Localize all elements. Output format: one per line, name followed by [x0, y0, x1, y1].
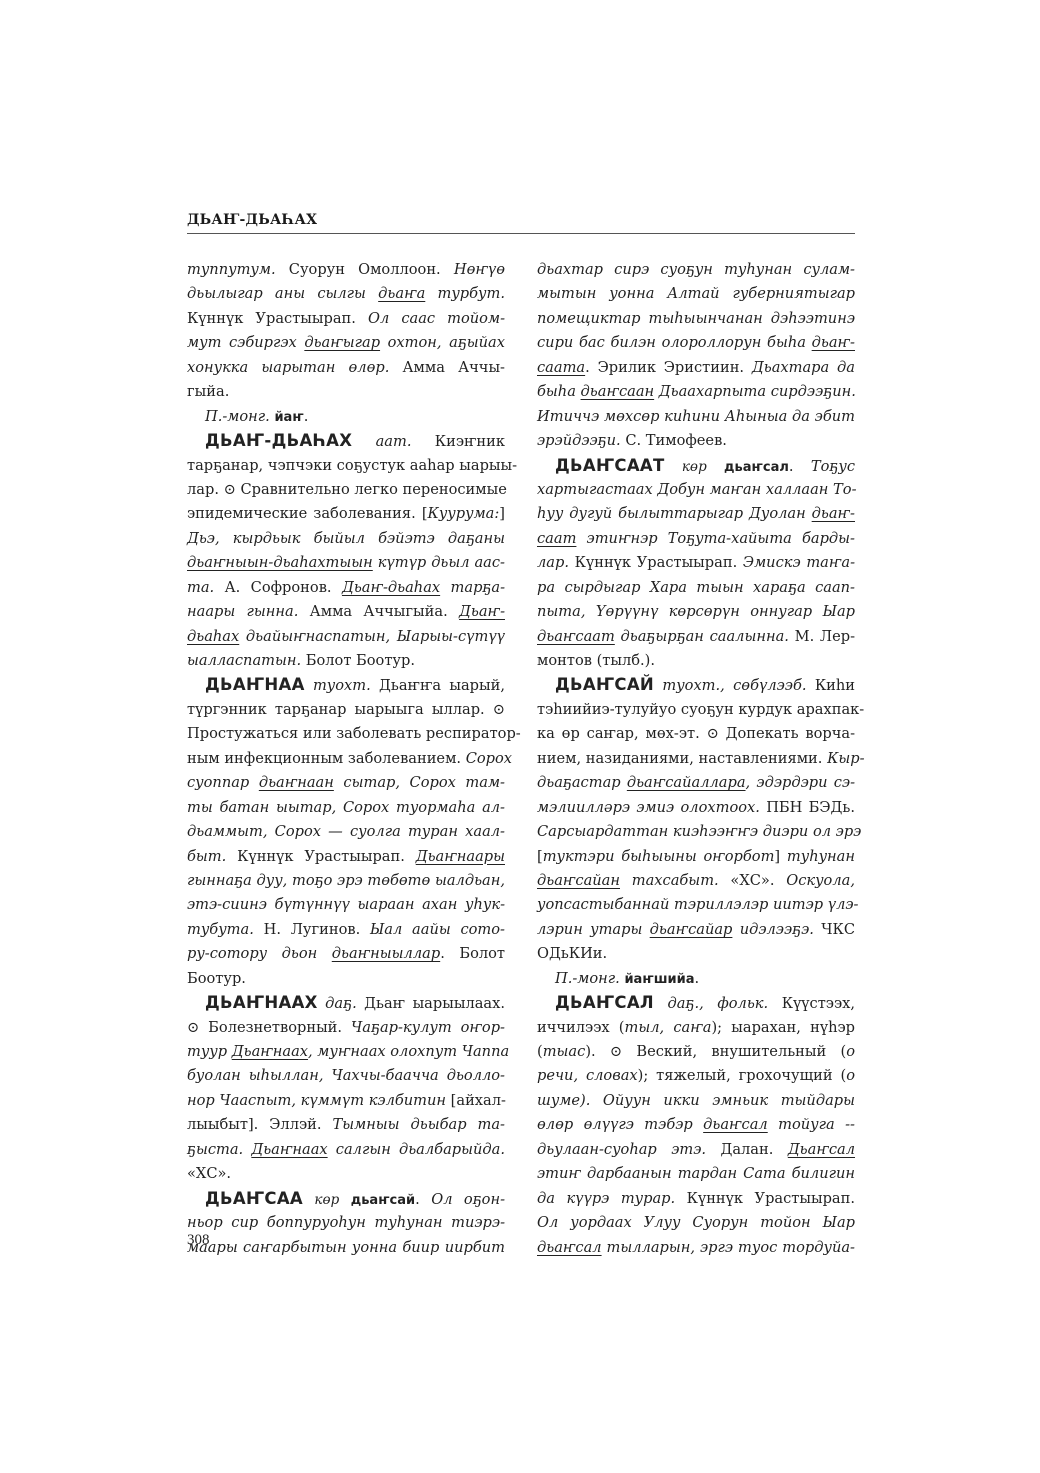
text-line: саата. Эрилик Эристиин. Дьахтара да [537, 356, 855, 380]
underlined-headword-usage: дьаҥсаан [581, 383, 655, 400]
bold-reference: дьаҥсай [351, 1193, 415, 1208]
right-column: дьахтар сирэ суоҕун туһунан сулам-мытын … [537, 258, 855, 1260]
text: «ХС». [187, 1165, 231, 1182]
text-line: хонукка ыарытан өлөр. Амма Аччы- [187, 356, 505, 380]
text: Простужаться или заболевать респиратор- [187, 725, 521, 742]
italic-text: та. [187, 579, 214, 596]
text-line: дьулаан-суоһар этэ. Далан. Дьаҥсал [537, 1138, 855, 1162]
text: ] [499, 505, 505, 522]
text-line: тэһиийиэ-тулуйуо суоҕун курдук арахпак- [537, 698, 855, 722]
text-line: Простужаться или заболевать респиратор- [187, 722, 505, 746]
text: Күннүк Урастыырап. [569, 554, 743, 571]
italic-text: лэрин утары [537, 921, 650, 938]
text-line: ДЬАҤСАА көр дьаҥсай. Ол оҕон- [187, 1187, 505, 1211]
underlined-headword-usage: дьаҥныын-дьаһахтыын [187, 554, 373, 571]
underlined-headword-usage: дьаҥсайан [537, 872, 620, 889]
underlined-headword-usage: дьаҥнаан [259, 774, 334, 791]
italic-text: о [846, 1067, 855, 1084]
text-line: хартыгастаах Добун маҥан халлаан То- [537, 478, 855, 502]
text: . Эрилик Эристиин. [585, 359, 752, 376]
text: тэһиийиэ-тулуйуо суоҕун курдук арахпак- [537, 701, 864, 718]
text: Н. Лугинов. [254, 921, 370, 938]
text: А. Софронов. [214, 579, 342, 596]
italic-text: аат. [376, 433, 412, 450]
text-line: мут сэбиргэх дьаҥыгар охтон, аҕыйах [187, 331, 505, 355]
running-head: ДЬАҤ-ДЬАҺАХ [187, 212, 855, 228]
text-line: шуме). Ойуун икки эмньик тыйдары [537, 1089, 855, 1113]
italic-text: туур [187, 1043, 232, 1060]
text: ). ⊙ Веский, внушительный ( [585, 1043, 846, 1060]
underlined-headword-usage: дьаҥсаат [537, 628, 615, 645]
text: Амма Аччы- [389, 359, 505, 376]
underlined-headword-usage: Дьаҥнаах [232, 1043, 308, 1060]
text-line: саат этиҥнэр Тоҕута-хайыта барды- [537, 527, 855, 551]
italic-text: Тымныы дьыбар та- [332, 1116, 505, 1133]
italic-text: Эмискэ таҥа- [743, 554, 855, 571]
italic-text: дьылыгар аны сылгы [187, 285, 378, 302]
italic-text: тылларын, эргэ туос тордуйа- [602, 1239, 855, 1256]
italic-text: дьахтар сирэ суоҕун туһунан сулам- [537, 261, 855, 278]
text [665, 458, 682, 475]
italic-text: шуме). Ойуун икки эмньик тыйдары [537, 1092, 855, 1109]
text-line: ДЬАҤ-ДЬАҺАХ аат. Киэҥник [187, 429, 505, 453]
headword: ДЬАҤНААХ [205, 993, 318, 1012]
italic-text: туктэри быһыыны оҥорбот [543, 848, 775, 865]
italic-text: Сорох [466, 750, 512, 767]
text-line: нием, назиданиями, наставлениями. Кыр- [537, 747, 855, 771]
text-line: дьаммыт, Сорох — суолга туран хаал- [187, 820, 505, 844]
text-line: буолан ыһыллан, Чахчы-баачча дьолло- [187, 1064, 505, 1088]
italic-text: салгын дьалбарыйда. [328, 1141, 505, 1158]
underlined-headword-usage: саата [537, 359, 585, 376]
text-line: ОДьКИи. [537, 942, 855, 966]
text-line: монтов (тылб.). [537, 649, 855, 673]
text [305, 677, 313, 694]
underlined-headword-usage: Дьаҥнаары [416, 848, 505, 865]
headword: ДЬАҤСАА [205, 1189, 303, 1208]
text: түргэнник тарҕанар ыарыыга ыллар. ⊙ [187, 701, 505, 718]
text [654, 995, 668, 1012]
italic-text: сытар, Сорох там- [334, 774, 505, 791]
underlined-headword-usage: саат [537, 530, 576, 547]
underlined-headword-usage: Дьаҥнаах [251, 1141, 327, 1158]
text-line: речи, словах); тяжелый, грохочущий (о [537, 1064, 855, 1088]
italic-text: туппутум. [187, 261, 276, 278]
text: эпидемические заболевания. [ [187, 505, 428, 522]
text [352, 433, 375, 450]
text: Күннүк Урастыырап. [675, 1190, 855, 1207]
headword: ДЬАҤСАЛ [555, 993, 654, 1012]
text-line: та. А. Софронов. Дьаҥ-дьаһах тарҕа- [187, 576, 505, 600]
italic-text: да күүрэ турар. [537, 1190, 675, 1207]
italic-text: Нөҥүө [454, 261, 505, 278]
left-column: туппутум. Суорун Омоллоон. Нөҥүөдьылыгар… [187, 258, 505, 1260]
text: ] [774, 848, 786, 865]
italic-text: суоппар [187, 774, 259, 791]
text-line: ДЬАҤСАЛ даҕ., фольк. Күүстээх, [537, 991, 855, 1015]
text: лар. ⊙ Сравнительно легко переносимые [187, 481, 507, 498]
text-line: гыннаҕа дуу, тоҕо эрэ төбөтө ыалдьан, [187, 869, 505, 893]
text: Болот Боотур. [301, 652, 415, 669]
headword: ДЬАҤНАА [205, 675, 305, 694]
italic-text: дьулаан-суоһар этэ. [537, 1141, 706, 1158]
italic-text: тойуга -- [768, 1116, 855, 1133]
italic-text: о [846, 1043, 855, 1060]
text-line: ным инфекционным заболеванием. Сорох [187, 747, 505, 771]
text: . [789, 458, 811, 475]
text-line: лар. ⊙ Сравнительно легко переносимые [187, 478, 505, 502]
italic-text: быт. [187, 848, 226, 865]
text: [айхал- [446, 1092, 506, 1109]
underlined-headword-usage: дьаҥсайар [650, 921, 733, 938]
italic-text: өлөр өлүүгэ тэбэр [537, 1116, 703, 1133]
text: Киэҥник [411, 433, 505, 450]
text-line: эрэйдээҕи. С. Тимофеев. [537, 429, 855, 453]
text-line: уопсастыбаннай тэриллэлэр иитэр үлэ- [537, 893, 855, 917]
italic-text: һуу дугуй былыттарыгар Дуолан [537, 505, 812, 522]
text-line: (тыас). ⊙ Веский, внушительный (о [537, 1040, 855, 1064]
italic-text: идэлээҕэ. [732, 921, 814, 938]
text: . [304, 408, 309, 425]
underlined-headword-usage: Дьаҥ-дьаһах [342, 579, 440, 596]
text: М. Лер- [789, 628, 855, 645]
italic-text: Дьахтара да [752, 359, 855, 376]
text: Далан. [706, 1141, 788, 1158]
italic-text: Оскуола, [786, 872, 855, 889]
text: Суорун Омоллоон. [276, 261, 454, 278]
text-line: тарҕанар, чэпчэки соҕустук ааһар ыарыы- [187, 454, 505, 478]
underlined-headword-usage: Дьаҥ- [459, 603, 505, 620]
text: . Болот [440, 945, 505, 962]
header-rule [187, 233, 855, 234]
italic-text: этэ-сиинэ бүтүннүү ыараан ахан уһук- [187, 896, 505, 913]
text: монтов (тылб.). [537, 652, 655, 669]
text-line: ДЬАҤСАЙ туохт., сөбүлээб. Киһи [537, 673, 855, 697]
text-line: дьаҥсал тылларын, эргэ туос тордуйа- [537, 1236, 855, 1260]
italic-text: ру-сотору дьон [187, 945, 332, 962]
italic-text: гыннаҕа дуу, тоҕо эрэ төбөтө ыалдьан, [187, 872, 505, 889]
italic-text: маары саҥарбытын уонна биир иирбит [187, 1239, 505, 1256]
italic-text: туохт., сөбүлээб. [662, 677, 806, 694]
text-line: ДЬАҤНААХ даҕ. Дьаҥ ыарыылаах. [187, 991, 505, 1015]
text-line: дьаҥныын-дьаһахтыын күтүр дьыл аас- [187, 551, 505, 575]
italic-text: ыалласпатын. [187, 652, 301, 669]
italic-label: көр [314, 1192, 339, 1208]
italic-text: наары гынна. [187, 603, 298, 620]
text-line: П.-монг. йаҥшийа. [537, 967, 855, 991]
text-line: гыйа. [187, 380, 505, 404]
italic-text: речи, словах [537, 1067, 638, 1084]
text [339, 1191, 350, 1208]
italic-text: Ол саас тойом- [368, 310, 505, 327]
underlined-headword-usage: дьаҥа [378, 285, 425, 302]
text: гыйа. [187, 383, 229, 400]
italic-text: П.-монг. [555, 970, 620, 987]
italic-text: лар. [537, 554, 569, 571]
text: ⊙ Болезнетворный. [187, 1019, 351, 1036]
italic-text: нор Чааспыт, күммүт кэлбитин [187, 1092, 446, 1109]
text-line: лэрин утары дьаҥсайар идэлээҕэ. ЧКС [537, 918, 855, 942]
text: Күннүк Урастыырап. [187, 310, 368, 327]
text-line: этиҥ дарбаанын тардан Сата билигин [537, 1162, 855, 1186]
text: тарҕанар, чэпчэки соҕустук ааһар ыарыы- [187, 457, 517, 474]
text-line: Сарсыардаттан киэһээҥҥэ диэри ол эрэ [537, 820, 855, 844]
italic-text: дьаҕастар [537, 774, 627, 791]
text-line: ҕыста. Дьаҥнаах салгын дьалбарыйда. [187, 1138, 505, 1162]
italic-text: сири бас билэн олороллорун быһа [537, 334, 812, 351]
headword: ДЬАҤСАЙ [555, 675, 654, 694]
text: Дьаҥҥа ыарый, [371, 677, 505, 694]
italic-text: П.-монг. [205, 408, 270, 425]
text-line: дьаҥсаат дьаҕырҕан саалынна. М. Лер- [537, 625, 855, 649]
italic-text: Дьэ, кырдьык быйыл бэйэтэ даҕаны [187, 530, 505, 547]
text: ); ыарахан, нүһэр [711, 1019, 855, 1036]
text-line: ДЬАҤНАА туохт. Дьаҥҥа ыарый, [187, 673, 505, 697]
text-line: иччилээх (тыл, саҥа); ыарахан, нүһэр [537, 1016, 855, 1040]
text: Күүстээх, [768, 995, 855, 1012]
underlined-headword-usage: дьаһах [187, 628, 239, 645]
italic-text: мэлиилләрэ эмиэ олохтоох. [537, 799, 760, 816]
text: ным инфекционным заболеванием. [187, 750, 466, 767]
italic-text: мытын уонна Алтай губерниятыгар [537, 285, 855, 302]
italic-label: көр [682, 459, 707, 475]
text [707, 458, 724, 475]
text-line: быт. Күннүк Урастыырап. Дьаҥнаары [187, 845, 505, 869]
text: ка өр саҥар, мөх-эт. ⊙ Допекать ворча- [537, 725, 855, 742]
text: ); тяжелый, грохочущий ( [638, 1067, 847, 1084]
underlined-headword-usage: дьаҥ- [812, 505, 855, 522]
italic-text: тахсабыт. [620, 872, 719, 889]
page-number: 308 [187, 1232, 210, 1249]
headword: ДЬАҤ-ДЬАҺАХ [205, 431, 352, 450]
text-line: П.-монг. йаҥ. [187, 405, 505, 429]
text-line: тубута. Н. Лугинов. Ыал аайы сото- [187, 918, 505, 942]
text-line: дьахтар сирэ суоҕун туһунан сулам- [537, 258, 855, 282]
bold-reference: дьаҥсал [724, 460, 789, 475]
italic-text: Куурума: [428, 505, 500, 522]
italic-text: туохт. [313, 677, 371, 694]
underlined-headword-usage: дьаҥсал [703, 1116, 768, 1133]
text-line: [туктэри быһыыны оҥорбот] туһунан [537, 845, 855, 869]
text-line: пыта, Үөрүүнү көрсөрүн оннугар Ыар [537, 600, 855, 624]
text-line: эпидемические заболевания. [Куурума:] [187, 502, 505, 526]
text-line: дьаһах дьайыҥнаспатын, Ыарыы-сүтүү [187, 625, 505, 649]
text-line: лар. Күннүк Урастыырап. Эмискэ таҥа- [537, 551, 855, 575]
text-line: «ХС». [187, 1162, 505, 1186]
underlined-headword-usage: дьаҥ- [812, 334, 855, 351]
text-line: дьаҥсайан тахсабыт. «ХС». Оскуола, [537, 869, 855, 893]
text-line: суоппар дьаҥнаан сытар, Сорох там- [187, 771, 505, 795]
text: нием, назиданиями, наставлениями. [537, 750, 827, 767]
text-line: мэлиилләрэ эмиэ олохтоох. ПБН БЭДь. [537, 796, 855, 820]
text-line: ру-сотору дьон дьаҥныыллар. Болот [187, 942, 505, 966]
italic-text: тарҕа- [440, 579, 505, 596]
text-line: ыалласпатын. Болот Боотур. [187, 649, 505, 673]
bold-reference: йаҥшийа [624, 972, 694, 987]
text: Киһи [807, 677, 855, 694]
italic-text: тыас [543, 1043, 586, 1060]
text: . [415, 1191, 431, 1208]
text: Боотур. [187, 970, 246, 987]
underlined-headword-usage: дьаҥныыллар [332, 945, 440, 962]
italic-text: Ыал аайы сото- [370, 921, 505, 938]
text-line: дьаҕастар дьаҥсайаллара, эдэрдэри сэ- [537, 771, 855, 795]
text-line: дьылыгар аны сылгы дьаҥа турбут. [187, 282, 505, 306]
italic-text: Тоҕус [811, 458, 855, 475]
italic-text: туһунан [787, 848, 855, 865]
text [303, 1191, 314, 1208]
italic-text: турбут. [425, 285, 505, 302]
italic-text: даҕ. [325, 995, 357, 1012]
text-line: Күннүк Урастыырап. Ол саас тойом- [187, 307, 505, 331]
text-line: лыыбыт]. Эллэй. Тымныы дьыбар та- [187, 1113, 505, 1137]
italic-text: ра сырдыгар Хара тыын хараҕа саап- [537, 579, 855, 596]
italic-text: ты батан ыытар, Сорох туормаһа ал- [187, 799, 505, 816]
text: иччилээх ( [537, 1019, 625, 1036]
italic-text: даҕ., фольк. [668, 995, 769, 1012]
text: Күннүк Урастыырап. [226, 848, 415, 865]
italic-text: ньор сир боппуруоһун туһунан тиэрэ- [187, 1214, 505, 1231]
italic-text: Кыр- [827, 750, 864, 767]
text-line: ⊙ Болезнетворный. Чаҕар-кулут оҥор- [187, 1016, 505, 1040]
italic-text: помещиктар тыһыынчанан дэһээтинэ [537, 310, 855, 327]
text-line: ка өр саҥар, мөх-эт. ⊙ Допекать ворча- [537, 722, 855, 746]
text-line: маары саҥарбытын уонна биир иирбит [187, 1236, 505, 1260]
italic-text: быһа [537, 383, 581, 400]
italic-text: этиҥ дарбаанын тардан Сата билигин [537, 1165, 855, 1182]
underlined-headword-usage: дьаҥсал [537, 1239, 602, 1256]
italic-text: охтон, аҕыйах [380, 334, 505, 351]
italic-text: пыта, Үөрүүнү көрсөрүн оннугар Ыар [537, 603, 855, 620]
text-line: һуу дугуй былыттарыгар Дуолан дьаҥ- [537, 502, 855, 526]
italic-text: дьайыҥнаспатын, Ыарыы-сүтүү [239, 628, 505, 645]
italic-text: күтүр дьыл аас- [373, 554, 505, 571]
text-line: өлөр өлүүгэ тэбэр дьаҥсал тойуга -- [537, 1113, 855, 1137]
text-line: помещиктар тыһыынчанан дэһээтинэ [537, 307, 855, 331]
text: «ХС». [719, 872, 787, 889]
italic-text: , эдэрдэри сэ- [746, 774, 855, 791]
italic-text: хартыгастаах Добун маҥан халлаан То- [537, 481, 857, 498]
text-line: Дьэ, кырдьык быйыл бэйэтэ даҕаны [187, 527, 505, 551]
italic-text: эрэйдээҕи. [537, 432, 621, 449]
italic-text: дьаммыт, Сорох — суолга туран хаал- [187, 823, 505, 840]
text-line: туур Дьаҥнаах, муҥнаах олохпут Чаппа [187, 1040, 505, 1064]
italic-text: дьаҕырҕан саалынна. [615, 628, 789, 645]
italic-text: Чаҕар-кулут оҥор- [351, 1019, 505, 1036]
italic-text: Итиччэ мөхсөр киһини Аһыныа да эбит [537, 408, 855, 425]
text: Дьаҥ ыарыылаах. [357, 995, 505, 1012]
text-line: Боотур. [187, 967, 505, 991]
text: Амма Аччыгыйа. [298, 603, 459, 620]
text-line: ДЬАҤСААТ көр дьаҥсал. Тоҕус [537, 454, 855, 478]
text: ЧКС [814, 921, 855, 938]
text: ОДьКИи. [537, 945, 607, 962]
text-line: ты батан ыытар, Сорох туормаһа ал- [187, 796, 505, 820]
text: лыыбыт]. Эллэй. [187, 1116, 332, 1133]
text-line: Ол уордаах Улуу Суорун тойон Ыар [537, 1211, 855, 1235]
text-line: да күүрэ турар. Күннүк Урастыырап. [537, 1187, 855, 1211]
italic-text: , муҥнаах олохпут Чаппа [308, 1043, 509, 1060]
italic-text: Дьаахарпыта сирдээҕин. [654, 383, 856, 400]
underlined-headword-usage: Дьаҥсал [788, 1141, 855, 1158]
headword: ДЬАҤСААТ [555, 456, 665, 475]
dictionary-page: ДЬАҤ-ДЬАҺАХ туппутум. Суорун Омоллоон. Н… [187, 0, 855, 1473]
italic-text: уопсастыбаннай тэриллэлэр иитэр үлэ- [537, 896, 858, 913]
italic-text: Ол оҕон- [431, 1191, 505, 1208]
italic-text: этиҥнэр Тоҕута-хайыта барды- [576, 530, 855, 547]
text: ПБН БЭДь. [760, 799, 855, 816]
italic-text: мут сэбиргэх [187, 334, 304, 351]
text-line: этэ-сиинэ бүтүннүү ыараан ахан уһук- [187, 893, 505, 917]
text-line: Итиччэ мөхсөр киһини Аһыныа да эбит [537, 405, 855, 429]
italic-text: тубута. [187, 921, 254, 938]
text-line: ньор сир боппуруоһун туһунан тиэрэ- [187, 1211, 505, 1235]
text-line: түргэнник тарҕанар ыарыыга ыллар. ⊙ [187, 698, 505, 722]
text-line: быһа дьаҥсаан Дьаахарпыта сирдээҕин. [537, 380, 855, 404]
italic-text: тыл, саҥа [625, 1019, 712, 1036]
text-line: нор Чааспыт, күммүт кэлбитин [айхал- [187, 1089, 505, 1113]
italic-text: хонукка ыарытан өлөр. [187, 359, 389, 376]
italic-text: буолан ыһыллан, Чахчы-баачча дьолло- [187, 1067, 505, 1084]
underlined-headword-usage: дьаҥсайаллара [627, 774, 746, 791]
italic-text: Сарсыардаттан киэһээҥҥэ диэри ол эрэ [537, 823, 861, 840]
text: С. Тимофеев. [621, 432, 727, 449]
text-line: мытын уонна Алтай губерниятыгар [537, 282, 855, 306]
italic-text: ҕыста. [187, 1141, 251, 1158]
text: . [695, 970, 700, 987]
text-line: наары гынна. Амма Аччыгыйа. Дьаҥ- [187, 600, 505, 624]
italic-text: Ол уордаах Улуу Суорун тойон Ыар [537, 1214, 855, 1231]
underlined-headword-usage: дьаҥыгар [304, 334, 380, 351]
text-line: сири бас билэн олороллорун быһа дьаҥ- [537, 331, 855, 355]
text-line: ра сырдыгар Хара тыын хараҕа саап- [537, 576, 855, 600]
text-line: туппутум. Суорун Омоллоон. Нөҥүө [187, 258, 505, 282]
bold-reference: йаҥ [274, 410, 303, 425]
